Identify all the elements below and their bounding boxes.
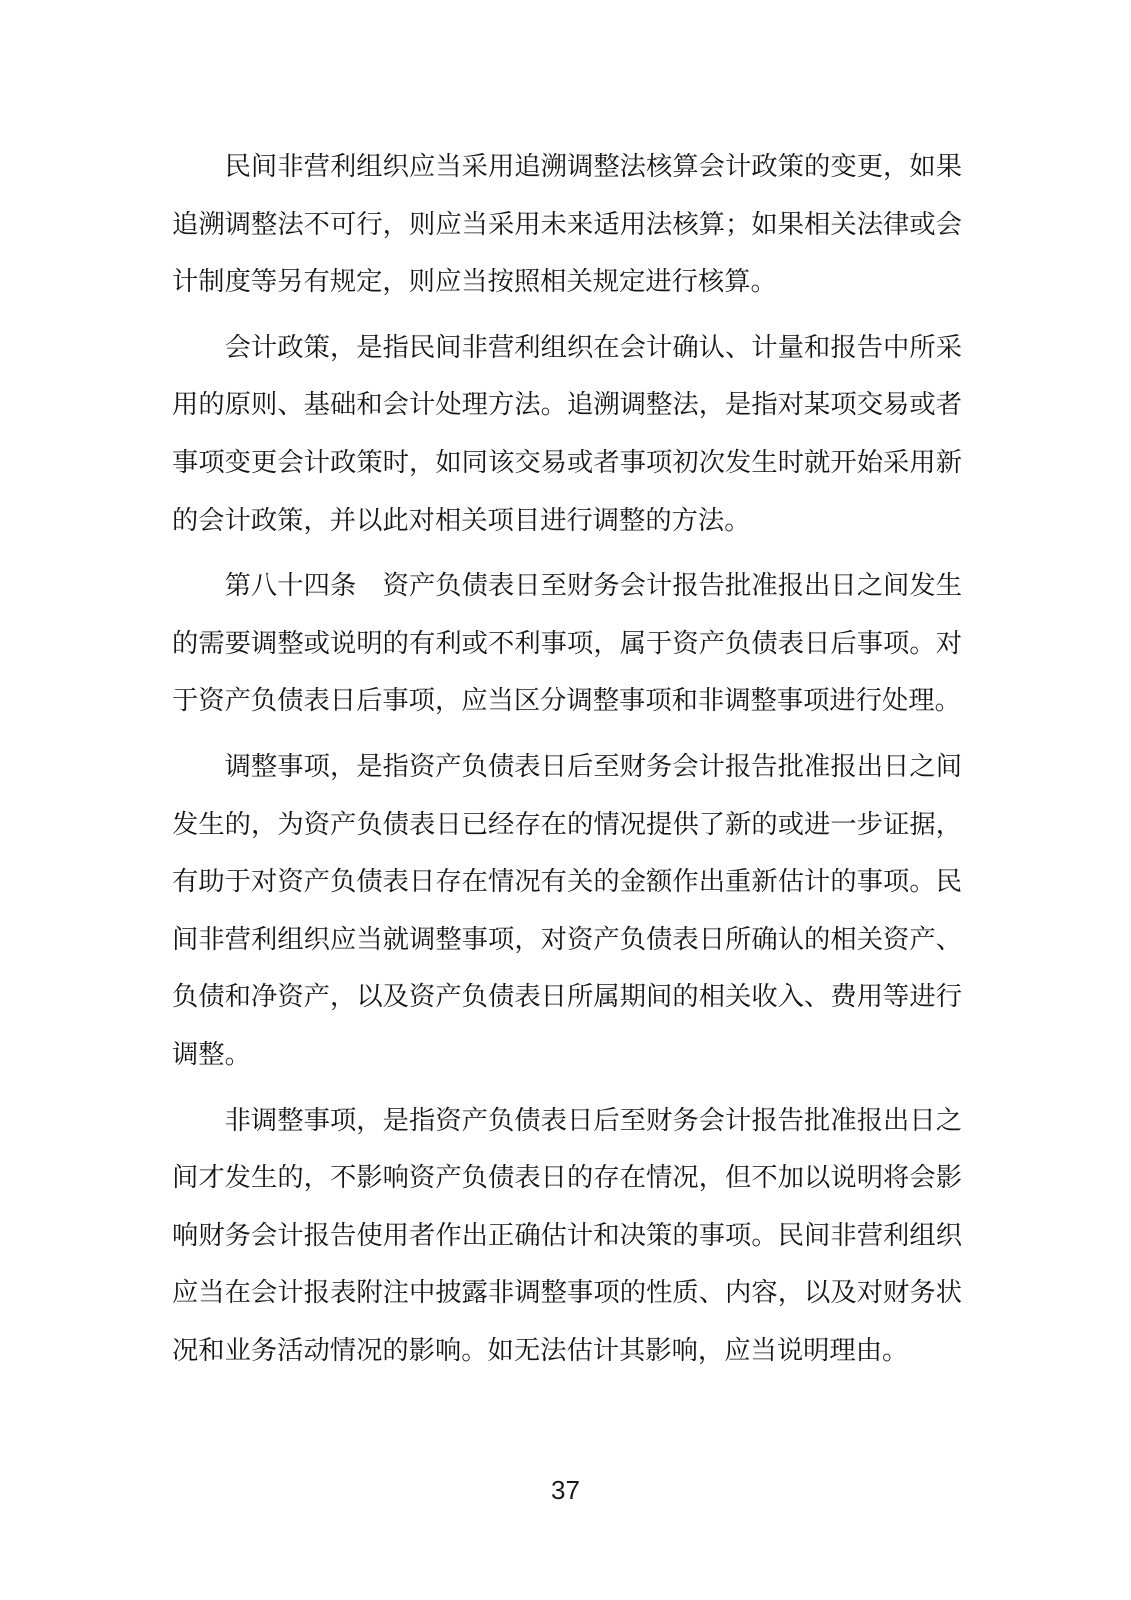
document-body-text: 民间非营利组织应当采用追溯调整法核算会计政策的变更，如果追溯调整法不可行，则应当… [172,138,962,1387]
paragraph-accounting-policy-change: 民间非营利组织应当采用追溯调整法核算会计政策的变更，如果追溯调整法不可行，则应当… [172,138,962,311]
paragraph-accounting-policy-definition: 会计政策，是指民间非营利组织在会计确认、计量和报告中所采用的原则、基础和会计处理… [172,319,962,549]
page-number: 37 [0,1474,1131,1506]
document-page: 民间非营利组织应当采用追溯调整法核算会计政策的变更，如果追溯调整法不可行，则应当… [0,0,1131,1600]
paragraph-non-adjusting-events: 非调整事项，是指资产负债表日后至财务会计报告批准报出日之间才发生的，不影响资产负… [172,1092,962,1380]
paragraph-adjusting-events: 调整事项，是指资产负债表日后至财务会计报告批准报出日之间发生的，为资产负债表日已… [172,738,962,1084]
paragraph-article-84: 第八十四条 资产负债表日至财务会计报告批准报出日之间发生的需要调整或说明的有利或… [172,557,962,730]
